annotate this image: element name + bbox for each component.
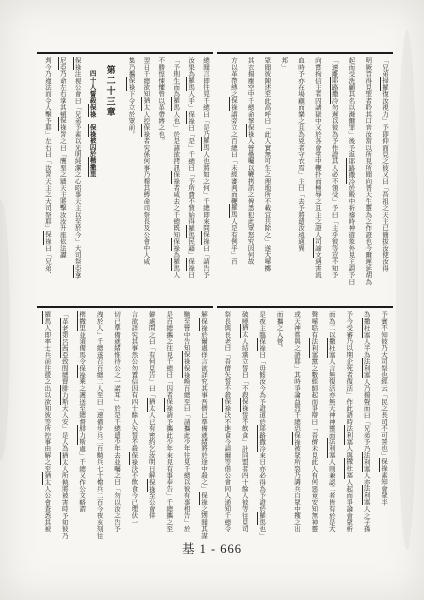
text-column: 尼亞乃命左右掌其頰保祿詈之曰「雘堊之牆天主將擊汝汝升座依法讞 xyxy=(54,57,69,292)
proper-noun-mark: 法利塞 xyxy=(344,425,352,445)
proper-noun-mark: 掃羅 xyxy=(380,77,388,90)
text-column: 而攜之入營。 xyxy=(270,311,287,546)
proper-noun-mark: 猶太 xyxy=(240,324,248,337)
text-column: 破曉猶太人結黨立誓曰「不殺保祿誓不飲食」計同盟者四十餘人彼等往見司 xyxy=(235,311,252,546)
proper-noun-mark: 耶路撒冷 xyxy=(257,425,265,452)
proper-noun-mark: 法利塞 xyxy=(362,452,370,472)
proper-noun-mark: 法利塞 xyxy=(309,338,317,358)
text-column: 是百總攜之往見千總曰「囚者保祿請予攜此少年來見有事奉告」千總攜之至 xyxy=(160,311,177,546)
proper-noun-mark: 猶太 xyxy=(147,398,155,411)
proper-noun-mark: 保祿 xyxy=(229,97,237,110)
proper-noun-mark: 保祿 xyxy=(171,238,179,251)
text-block-top-left: 總聞言即往見千總曰「是乃羅馬人也將如之何」千總即來問保祿曰「請告予汝果為羅馬人乎… xyxy=(37,52,213,292)
proper-noun-mark: 法利塞 xyxy=(327,438,335,458)
proper-noun-mark: 保祿 xyxy=(129,452,137,465)
proper-noun-mark: 保祿 xyxy=(182,365,190,378)
text-column: 汝果為羅馬人乎」保祿曰「是」千總曰「予所費不貲始得羅馬民籍」保祿曰 xyxy=(182,57,197,292)
block-top-rule xyxy=(217,306,393,308)
proper-noun-mark: 羅馬 xyxy=(229,204,237,217)
text-column: 起而受洗龥其名以滌爾罪」後予返耶路撒冷於殿中祈禱時神遊象外見主謂予曰 xyxy=(342,57,359,292)
proper-noun-mark: 保祿 xyxy=(58,117,66,130)
proper-noun-mark: 保祿 xyxy=(164,398,172,411)
vertical-text-columns: 予實不知彼乃大司祭也經云「民之長司不可詈也」保祿素知會眾半為撒杜塞人半為法利塞人… xyxy=(217,311,392,546)
proper-noun-mark: 保祿 xyxy=(88,124,96,137)
text-column: 羅馬人即率士兵前往援之出以欲知彼等所控事由解之至猶太人公會查悉其被 xyxy=(38,311,55,546)
scanned-page: 「兄弟掃羅復汝視力」予即仰面見之彼又曰「吾祖之天主已簡拔汝使汝得明厥旨得見聖者聆… xyxy=(0,0,424,600)
proper-noun-mark: 保祿 xyxy=(141,124,149,137)
text-column: 洩於人」千總遂召百總二人至曰「速備步兵二百騎兵七十槍兵二百今夜亥刻往 xyxy=(90,311,107,546)
scan-smudge xyxy=(396,30,418,550)
proper-noun-mark: 革老第呂西亞 xyxy=(60,318,68,358)
proper-noun-mark: 保祿 xyxy=(240,398,248,411)
text-column: 馳至營中告知保祿保祿喚百總至曰「請攜此少年往見千總以彼有事相告」於 xyxy=(177,311,194,546)
proper-noun-mark: 楷撒里 xyxy=(77,311,85,331)
text-column: 聲嘩聒有法利塞黨之數經師起而爭辯曰「吾儕未見此人有何惡竟安知無神靈 xyxy=(305,311,322,546)
proper-noun-mark: 羅馬 xyxy=(257,512,265,525)
proper-noun-mark: 羅馬 xyxy=(42,311,50,324)
proper-noun-mark: 羅馬 xyxy=(201,137,209,150)
proper-noun-mark: 羅馬 xyxy=(171,258,179,271)
proper-noun-mark: 法利塞 xyxy=(362,358,370,378)
text-block-top-right: 「兄弟掃羅復汝視力」予即仰面見之彼又曰「吾祖之天主已簡拔汝使汝得明厥旨得見聖者聆… xyxy=(217,52,393,292)
chapter-subtitle: 四十人誓殺保祿 保祿被囚於楷撒里 xyxy=(84,57,99,292)
proper-noun-mark: 羅馬 xyxy=(186,77,194,90)
proper-noun-mark: 保祿 xyxy=(199,492,207,505)
proper-noun-mark: 撒杜塞 xyxy=(327,338,335,358)
proper-noun-mark: 保祿 xyxy=(222,398,230,411)
text-block-bottom-left: 解保祿於爾處佯言欲詳究其事吾儕已準備就緒將於途中殺之」保祿之甥聞其謀馳至營中告知… xyxy=(37,306,213,546)
proper-noun-mark: 耶路撒冷 xyxy=(346,158,354,185)
text-column: 「兄弟掃羅復汝視力」予即仰面見之彼又曰「吾祖之天主已簡拔汝使汝得 xyxy=(375,57,392,292)
text-column: 為撒杜塞人半為法利塞人乃揚聲而曰「兄弟予乃法利塞人亦法利塞人之子孫 xyxy=(357,311,374,546)
block-top-rule xyxy=(217,52,393,54)
text-column: 予今受審乃以期企死者復活」作此語時法利塞人與撒杜塞人起而爭論會眾析 xyxy=(340,311,357,546)
proper-noun-mark: 司諦文 xyxy=(313,238,321,258)
text-column: 總聞言即往見千總曰「是乃羅馬人也將如之何」千總即來問保祿曰「請告予 xyxy=(197,57,212,292)
proper-noun-mark: 保祿 xyxy=(182,351,190,364)
text-block-bottom-right: 予實不知彼乃大司祭也經云「民之長司不可詈也」保祿素知會眾半為撒杜塞人半為法利塞人… xyxy=(217,306,393,546)
text-column: 祭長與長老曰「吾儕矢誓不殺保祿決不進食今請爾等偕公會同人通知千總令 xyxy=(218,311,235,546)
proper-noun-mark: 保祿 xyxy=(379,458,387,471)
text-column: 其衣揚塵空中千總命挈保祿入營壘囑以鞭拷訊之俾悉犯此眾怒究因何故 xyxy=(241,57,258,292)
vertical-text-columns: 總聞言即往見千總曰「是乃羅馬人也將如之何」千總即來問保祿曰「請告予汝果為羅馬人乎… xyxy=(37,57,212,292)
proper-noun-mark: 楷撒里 xyxy=(88,157,96,177)
chapter-heading: 第二十三章 xyxy=(101,57,120,292)
proper-noun-mark: 保祿 xyxy=(257,338,265,351)
text-column: 「予則生而為羅馬人也」於是諸欲拷訊保祿者咸去之千總既知保祿為羅馬人 xyxy=(167,57,182,292)
text-column: 方以革帶縛之保祿謂旁立之百總曰「未經審判而鞭羅馬人是有例乎」百 xyxy=(224,57,241,292)
text-column: 集乃攜保祿下令立於眾前。 xyxy=(123,57,138,292)
proper-noun-mark: 保祿 xyxy=(246,124,254,137)
proper-noun-mark: 亞拿 xyxy=(73,265,81,278)
proper-noun-mark: 猶太 xyxy=(42,472,50,485)
text-column: 解保祿於爾處佯言欲詳究其事吾儕已準備就緒將於途中殺之」保祿之甥聞其謀 xyxy=(195,311,212,546)
text-column: 言欲詳究其事然公勿置信因有四十餘人矢誓不殺保祿決不飲食今已埋伏一 xyxy=(125,311,142,546)
proper-noun-mark: 耶路撒冷 xyxy=(330,77,338,104)
text-column: 而為二以撒杜塞人言無復活亦無天神神靈而法利塞人則兼認二者皆有於是大 xyxy=(322,311,339,546)
proper-noun-mark: 保祿 xyxy=(88,104,96,117)
text-column: 予實不知彼乃大司祭也經云「民之長司不可詈也」保祿素知會眾半 xyxy=(375,311,392,546)
proper-noun-mark: 撒杜塞 xyxy=(344,458,352,478)
text-column: 「速離耶路撒冷勿遲以彼為予作證其人必不領受」予曰「主乎彼等豈不知予 xyxy=(325,57,342,292)
text-column: 保祿注視公會曰「兄弟予素以光明純潔之心昭事天主以至於今」大司祭亞拿 xyxy=(69,57,84,292)
text-column: 向嘗拘信主者囚諸獄中又於各會堂中鞭扑而極辱之且主之證人司諦文遇害流 xyxy=(308,57,325,292)
proper-noun-mark: 猶太 xyxy=(141,97,149,110)
proper-noun-mark: 羅馬 xyxy=(186,225,194,238)
proper-noun-mark: 尼亞 xyxy=(58,57,66,70)
text-column: 「革老第呂西亞致問總督腓力斯大人安」是人為猶太人所執將被害時予知彼乃 xyxy=(55,311,72,546)
proper-noun-mark: 保祿 xyxy=(43,231,51,244)
text-column: 不勝惶悚懼曾以革帶縛之也。 xyxy=(152,57,167,292)
proper-noun-mark: 保祿 xyxy=(171,171,179,184)
proper-noun-mark: 保祿 xyxy=(186,258,194,271)
block-top-rule xyxy=(37,52,213,54)
text-column: 血時予亦在場顧而樂之且為兇者守衣焉」主曰「去予將遣汝遠適異 xyxy=(291,57,308,292)
proper-noun-mark: 保祿 xyxy=(186,111,194,124)
text-column: 楷撒里並須備馬令保祿乘之護送至總督腓力斯處」千總又作公文略謂 xyxy=(73,311,90,546)
proper-noun-mark: 保祿 xyxy=(201,231,209,244)
text-column: 是夜主臨保祿曰「毋餒汝今為予證道於耶路撒冷來日亦必得為予證於羅馬也」 xyxy=(253,311,270,546)
vertical-text-columns: 「兄弟掃羅復汝視力」予即仰面見之彼又曰「吾祖之天主已簡拔汝使汝得明厥旨得見聖者聆… xyxy=(217,57,392,292)
proper-noun-mark: 保祿 xyxy=(147,479,155,492)
block-top-rule xyxy=(37,306,213,308)
scan-smudge xyxy=(0,200,10,460)
text-column: 明厥旨得見聖者聆其口音汝當以所見所聞向普天生靈為之作證也今爾遲延胡為 xyxy=(358,57,375,292)
proper-noun-mark: 腓力斯 xyxy=(77,425,85,445)
proper-noun-mark: 法利塞 xyxy=(362,485,370,505)
proper-noun-mark: 羅馬 xyxy=(171,97,179,110)
proper-noun-mark: 保祿 xyxy=(199,318,207,331)
page-number: 基 1 - 666 xyxy=(182,539,242,557)
text-column: 邦」 xyxy=(274,57,291,292)
proper-noun-mark: 保祿 xyxy=(126,77,134,90)
proper-noun-mark: 保祿 xyxy=(77,365,85,378)
text-column: 翌日千總欲知猶太人控保祿者究係何事乃釋其縛命司祭長及公會中人咸 xyxy=(137,57,152,292)
proper-noun-mark: 保祿 xyxy=(73,57,81,70)
vertical-text-columns: 解保祿於爾處佯言欲詳究其事吾儕已準備就緒將於途中殺之」保祿之甥聞其謀馳至營中告知… xyxy=(37,311,212,546)
text-column: 僻處問之曰「有何見告」曰「猶太人已有密約乞汝明日解保祿至公會佯 xyxy=(142,311,159,546)
proper-noun-mark: 撒杜塞 xyxy=(362,318,370,338)
proper-noun-mark: 保祿 xyxy=(292,432,300,445)
proper-noun-mark: 腓力斯 xyxy=(60,385,68,405)
text-column: 眾聞彼陳述至此高呼曰「此人實無可生之理地所不載宜共除之」遂大嘩擲 xyxy=(258,57,275,292)
proper-noun-mark: 猶太 xyxy=(60,452,68,465)
text-column: 切已準備就緒惟待公之一諾耳」於是千總遣少年去並囑之曰「勿以汝之告予 xyxy=(108,311,125,546)
text-column: 判今乃違法而令人擊予耶」左右曰「汝詈天主之大司祭耶」保祿曰「兄弟、 xyxy=(39,57,54,292)
text-column: 或天神嘗與之語耶」其時爭論益烈千總恐保祿被眾所裂乃調兵自眾中攫之出 xyxy=(288,311,305,546)
